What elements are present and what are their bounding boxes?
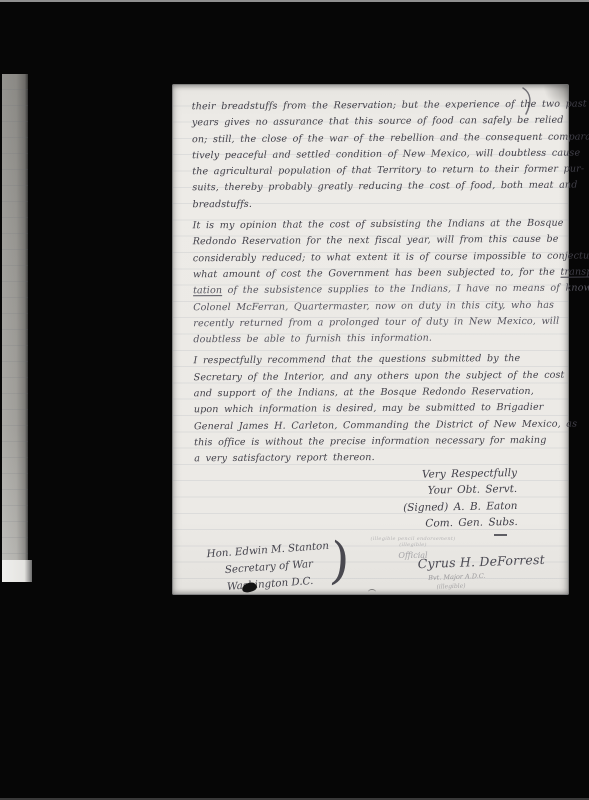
closing-line: Com. Gen. Subs. <box>403 514 518 532</box>
closing-line: Your Obt. Servt. <box>402 481 517 499</box>
address-block: Hon. Edwin M. StantonSecretary of WarWas… <box>196 537 341 598</box>
closing-line: Very Respectfully <box>402 465 517 483</box>
closing-signature-block: Very RespectfullyYour Obt. Servt.(Signed… <box>402 465 518 532</box>
paragraph-opinion: It is my opinion that the cost of subsis… <box>193 216 558 349</box>
scan-background: { "letter": { "para1_lines": [ "their br… <box>0 0 589 800</box>
handwritten-line: breadstuffs. <box>192 195 556 214</box>
scan-edge-top <box>0 0 589 2</box>
handwritten-line: this office is without the precise infor… <box>194 433 558 452</box>
handwritten-line: suits, thereby probably greatly reducing… <box>192 178 556 197</box>
handwritten-line: recently returned from a prolonged tour … <box>193 314 557 333</box>
letter-body: their breadstuffs from the Reservation; … <box>192 97 559 468</box>
address-brace: ) <box>328 535 351 586</box>
stray-pen-mark <box>368 589 376 595</box>
countersignature-note: (illegible) <box>436 580 545 591</box>
facing-page-edge <box>2 74 28 582</box>
handwritten-line: years gives no assurance that this sourc… <box>192 113 556 132</box>
letter-page: their breadstuffs from the Reservation; … <box>172 84 569 595</box>
countersignature-block: Cyrus H. DeForrest Bvt. Major A.D.C. (il… <box>417 552 545 591</box>
countersignature-name: Cyrus H. DeForrest <box>417 552 545 571</box>
handwritten-line: upon which information is desired, may b… <box>194 400 558 419</box>
pencil-note-line: (illegible) <box>350 542 476 548</box>
paragraph-recommendation: I respectfully recommend that the questi… <box>193 351 558 468</box>
closing-dash <box>494 534 507 536</box>
handwritten-line: doubtless be able to furnish this inform… <box>193 330 557 349</box>
closing-line: (Signed) A. B. Eaton <box>403 498 518 516</box>
facing-page-edge-foot <box>2 560 32 582</box>
handwritten-line: tation of the subsistence supplies to th… <box>193 281 557 300</box>
paragraph-continuation: their breadstuffs from the Reservation; … <box>192 97 557 214</box>
